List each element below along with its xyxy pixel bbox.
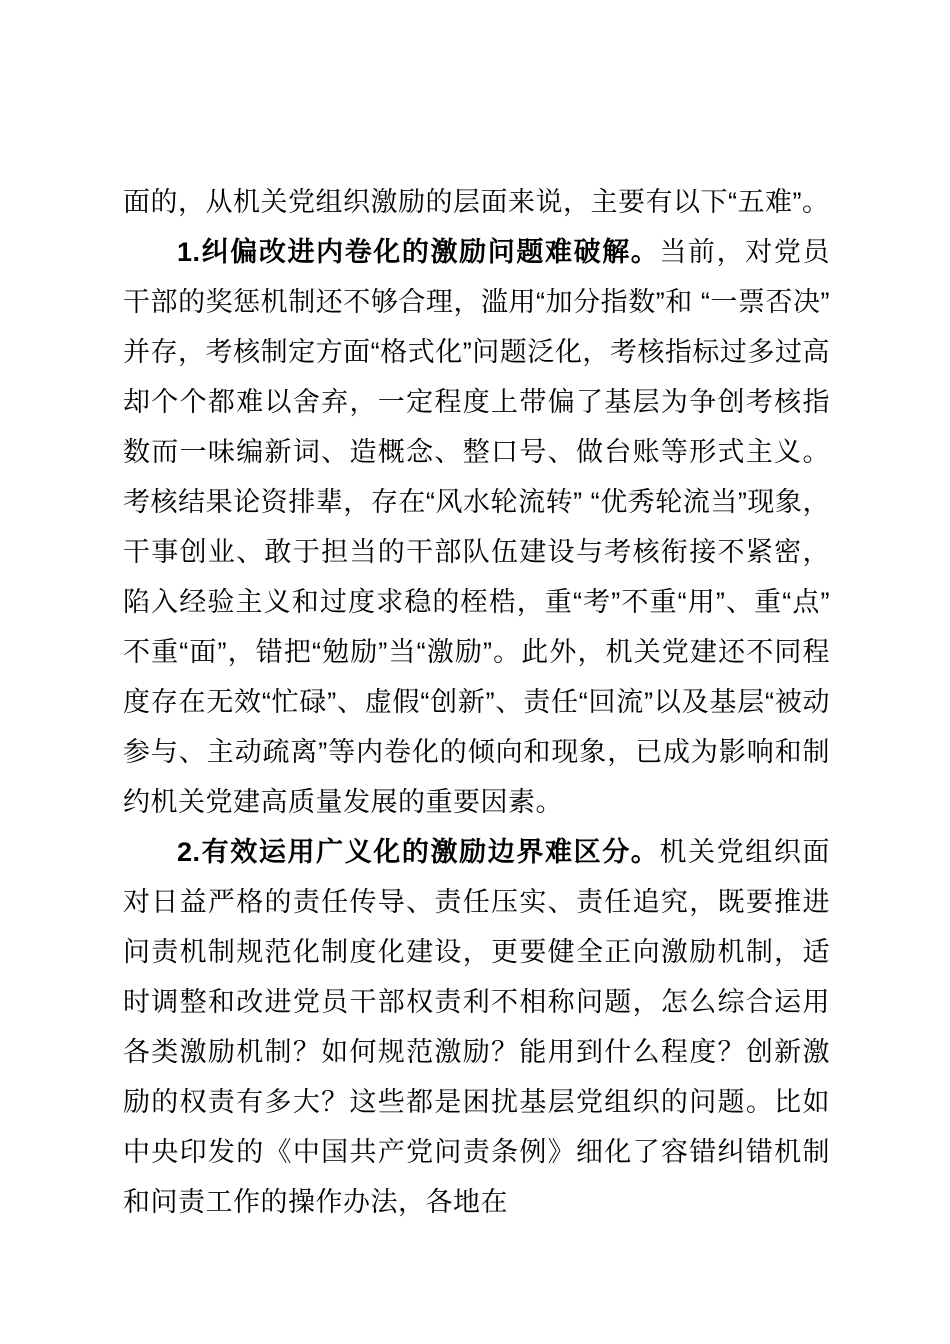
paragraph-lead: 1.纠偏改进内卷化的激励问题难破解。 xyxy=(177,237,659,267)
document-page: 面的，从机关党组织激励的层面来说，主要有以下“五难”。 1.纠偏改进内卷化的激励… xyxy=(0,0,950,1344)
document-body: 面的，从机关党组织激励的层面来说，主要有以下“五难”。 1.纠偏改进内卷化的激励… xyxy=(123,177,830,1227)
paragraph: 1.纠偏改进内卷化的激励问题难破解。当前，对党员干部的奖惩机制还不够合理，滥用“… xyxy=(123,227,830,827)
paragraph-text: 面的，从机关党组织激励的层面来说，主要有以下“五难”。 xyxy=(123,187,829,217)
paragraph: 面的，从机关党组织激励的层面来说，主要有以下“五难”。 xyxy=(123,177,830,227)
paragraph-text: 机关党组织面对日益严格的责任传导、责任压实、责任追究，既要推进问责机制规范化制度… xyxy=(123,837,830,1217)
paragraph-text: 当前，对党员干部的奖惩机制还不够合理，滥用“加分指数”和 “一票否决”并存，考核… xyxy=(123,237,830,817)
paragraph-lead: 2.有效运用广义化的激励边界难区分。 xyxy=(177,837,659,867)
paragraph: 2.有效运用广义化的激励边界难区分。机关党组织面对日益严格的责任传导、责任压实、… xyxy=(123,827,830,1227)
